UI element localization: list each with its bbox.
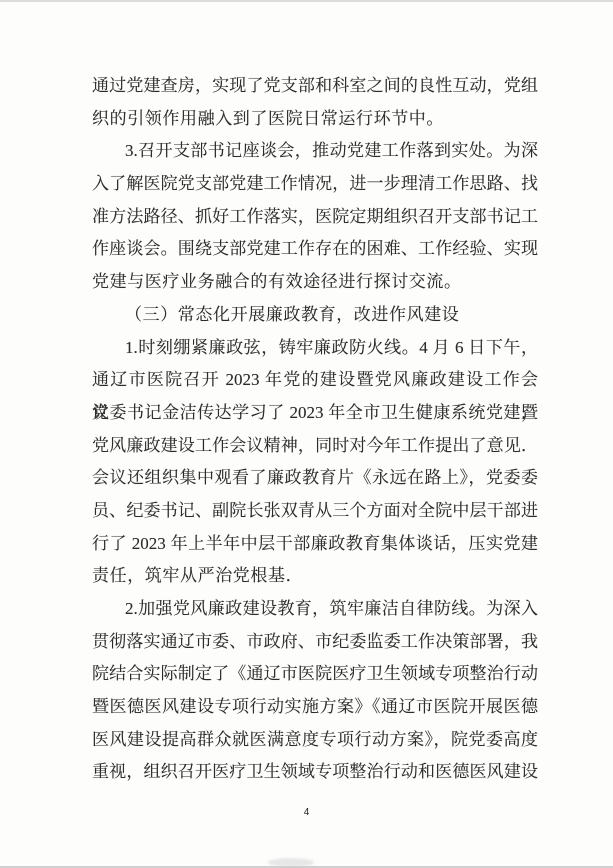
text-line: 院结合实际制定了《通辽市医院医疗卫生领域专项整治行动 <box>92 658 538 691</box>
text-line: 准方法路径、抓好工作落实，医院定期组织召开支部书记工 <box>92 201 538 234</box>
text-line: 党风廉政建设工作会议精神，同时对今年工作提出了意见． <box>92 430 538 463</box>
scanned-document-page: 通过党建查房，实现了党支部和科室之间的良性互动，党组织的引领作用融入到了医院日常… <box>0 0 613 868</box>
text-line: 织的引领作用融入到了医院日常运行环节中。 <box>92 103 538 136</box>
text-line: 重视，组织召开医疗卫生领域专项整治行动和医德医风建设 <box>92 756 538 789</box>
text-line: 作座谈会。围绕支部党建工作存在的困难、工作经验、实现 <box>92 233 538 266</box>
text-line: 行了 2023 年上半年中层干部廉政教育集体谈话，压实党建 <box>92 528 538 561</box>
text-line: 1.时刻绷紧廉政弦，铸牢廉政防火线。4 月 6 日下午， <box>92 332 538 365</box>
page-number: 4 <box>0 806 613 820</box>
text-line: 党委书记金洁传达学习了 2023 年全市卫生健康系统党建暨 <box>92 397 538 430</box>
text-line: 党建与医疗业务融合的有效途径进行探讨交流。 <box>92 266 538 299</box>
text-line: 通过党建查房，实现了党支部和科室之间的良性互动，党组 <box>92 70 538 103</box>
scan-artifact-top-edge <box>0 0 613 2</box>
text-line: 3.召开支部书记座谈会，推动党建工作落到实处。为深 <box>92 135 538 168</box>
text-line: 员、纪委书记、副院长张双青从三个方面对全院中层干部进 <box>92 495 538 528</box>
text-line: （三）常态化开展廉政教育，改进作风建设 <box>92 299 538 332</box>
text-line: 责任，筑牢从严治党根基． <box>92 560 538 593</box>
text-line: 医风建设提高群众就医满意度专项行动方案》，院党委高度 <box>92 724 538 757</box>
text-line: 通辽市医院召开 2023 年党的建设暨党风廉政建设工作会议， <box>92 364 538 397</box>
text-line: 会议还组织集中观看了廉政教育片《永远在路上》，党委委 <box>92 462 538 495</box>
text-line: 2.加强党风廉政建设教育，筑牢廉洁自律防线。为深入 <box>92 593 538 626</box>
text-line: 贯彻落实通辽市委、市政府、市纪委监委工作决策部署，我 <box>92 626 538 659</box>
text-line: 入了解医院党支部党建工作情况，进一步理清工作思路、找 <box>92 168 538 201</box>
document-body: 通过党建查房，实现了党支部和科室之间的良性互动，党组织的引领作用融入到了医院日常… <box>92 70 538 789</box>
text-line: 暨医德医风建设专项行动实施方案》《通辽市医院开展医德 <box>92 691 538 724</box>
